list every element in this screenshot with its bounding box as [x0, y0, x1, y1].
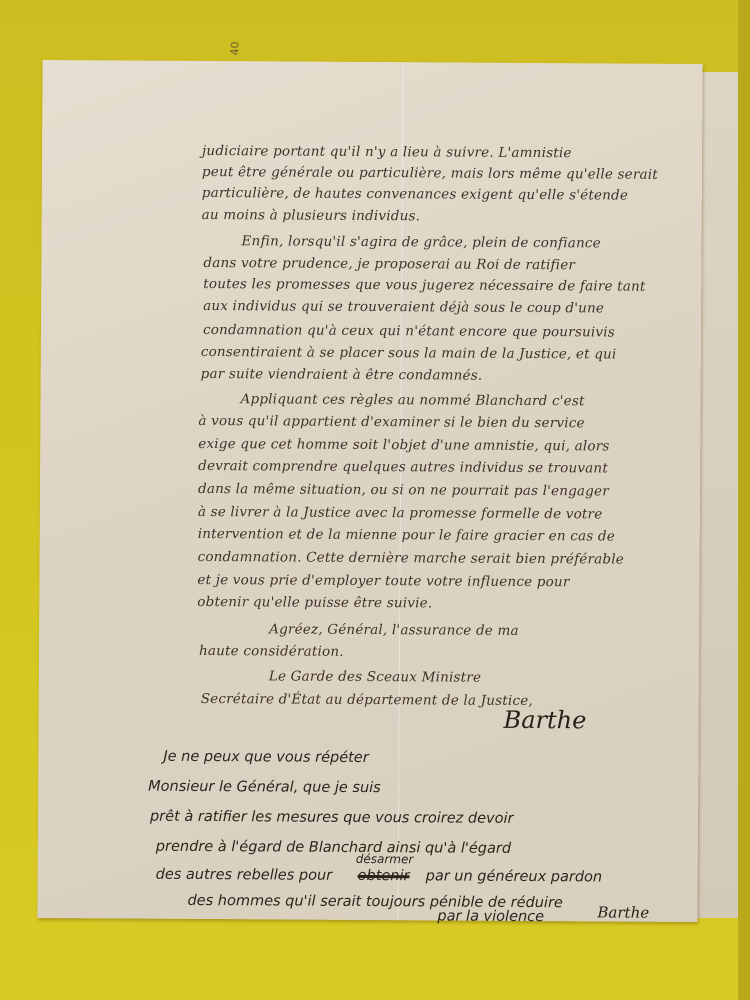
closing-line: haute considération.: [199, 643, 344, 660]
body-line: dans votre prudence, je proposerai au Ro…: [203, 255, 575, 273]
body-line: judiciaire portant qu'il n'y a lieu à su…: [202, 143, 572, 161]
body-line: condamnation. Cette dernière marche sera…: [198, 549, 624, 568]
body-line: devrait comprendre quelques autres indiv…: [198, 458, 608, 477]
letter-sheet: judiciaire portant qu'il n'y a lieu à su…: [37, 60, 702, 922]
body-line: consentiraient à se placer sous la main …: [201, 344, 617, 363]
postscript-line: par la violence: [437, 908, 544, 925]
body-line: aux individus qui se trouveraient déjà s…: [203, 298, 604, 316]
postscript-line: Monsieur le Général, que je suis: [148, 779, 381, 796]
body-line: par suite viendraient à être condamnés.: [201, 366, 483, 384]
title-line: Secrétaire d'État au département de la J…: [201, 691, 533, 709]
postscript-line: prendre à l'égard de Blanchard ainsi qu'…: [156, 839, 511, 857]
body-line: peut être générale ou particulière, mais…: [202, 164, 658, 183]
title-line: Le Garde des Sceaux Ministre: [269, 668, 481, 685]
body-line: Enfin, lorsqu'il s'agira de grâce, plein…: [241, 233, 600, 251]
background-edge: [738, 0, 750, 1000]
struck-word: obtenir: [358, 868, 410, 884]
body-line: et je vous prie d'employer toute votre i…: [197, 572, 569, 590]
body-line: obtenir qu'elle puisse être suivie.: [197, 594, 432, 611]
body-line: condamnation qu'à ceux qui n'étant encor…: [203, 322, 615, 341]
postscript-line: prêt à ratifier les mesures que vous cro…: [150, 809, 514, 827]
body-line: à vous qu'il appartient d'examiner si le…: [198, 413, 584, 431]
body-line: exige que cet homme soit l'objet d'une a…: [198, 436, 609, 455]
postscript-line: Je ne peux que vous répéter: [163, 749, 368, 766]
postscript-signature: Barthe: [597, 903, 649, 921]
body-line: au moins à plusieurs individus.: [202, 207, 421, 224]
signature: Barthe: [504, 706, 587, 735]
body-line: dans la même situation, ou si on ne pour…: [198, 481, 609, 500]
inserted-word: désarmer: [356, 852, 414, 866]
pencil-margin-note: 40: [229, 42, 242, 56]
body-line: particulière, de hautes convenances exig…: [202, 185, 628, 204]
body-line: Appliquant ces règles au nommé Blanchard…: [241, 391, 585, 409]
body-line: à se livrer à la Justice avec la promess…: [198, 504, 603, 522]
body-line: toutes les promesses que vous jugerez né…: [203, 276, 645, 295]
closing-line: Agréez, Général, l'assurance de ma: [269, 621, 519, 639]
body-line: intervention et de la mienne pour le fai…: [198, 526, 615, 545]
postscript-line: des autres rebelles pour: [156, 867, 333, 884]
postscript-line: par un généreux pardon: [426, 868, 603, 885]
